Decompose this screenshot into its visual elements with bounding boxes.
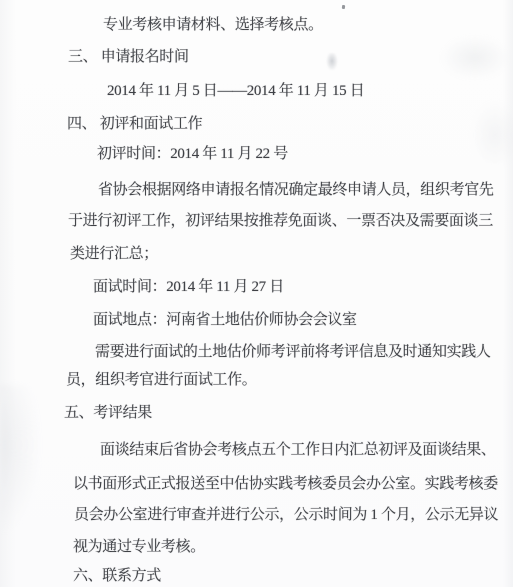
section-heading: 三、 申请报名时间 <box>68 49 189 65</box>
doc-line: 视为通过专业考核。 <box>73 539 205 555</box>
doc-line: 以书面形式正式报送至中估协实践考核委员会办公室。实践考核委 <box>73 476 498 492</box>
scan-speck <box>342 5 346 9</box>
doc-line: 员会办公室进行审查并进行公示，公示时间为 1 个月，公示无异议 <box>74 507 498 523</box>
doc-line: 员，组织考官进行面试工作。 <box>66 372 256 388</box>
scanned-document-page: 专业考核申请材料、选择考核点。 三、 申请报名时间 2014 年 11 月 5 … <box>0 0 513 587</box>
doc-line: 专业考核申请材料、选择考核点。 <box>103 17 323 33</box>
scan-smudge-blob <box>470 100 513 170</box>
doc-line: 面试时间：2014 年 11 月 27 日 <box>93 279 284 295</box>
section-heading: 六、联系方式 <box>73 568 161 584</box>
doc-line: 2014 年 11 月 5 日——2014 年 11 月 15 日 <box>107 83 364 99</box>
doc-line: 类进行汇总； <box>70 246 158 262</box>
scan-shadow-left-edge <box>0 0 16 587</box>
section-heading: 四、 初评和面试工作 <box>67 116 202 132</box>
scan-smudge-blob <box>440 35 510 80</box>
scan-smudge <box>326 53 338 71</box>
doc-line: 面试地点：河南省土地估价师协会会议室 <box>93 312 357 328</box>
doc-line: 面谈结束后省协会考核点五个工作日内汇总初评及面谈结果、 <box>100 442 496 458</box>
scan-smudge-blob <box>0 385 40 535</box>
doc-line: 于进行初评工作，初评结果按推荐免面谈、一票否决及需要面谈三 <box>68 213 493 229</box>
doc-line: 需要进行面试的土地估价师考评前将考评信息及时通知实践人 <box>95 344 491 360</box>
scan-shadow-right-edge <box>503 0 513 587</box>
section-heading: 五、考评结果 <box>64 405 152 421</box>
doc-line: 省协会根据网络申请报名情况确定最终申请人员，组织考官先 <box>98 182 494 198</box>
doc-line: 初评时间：2014 年 11 月 22 号 <box>97 146 288 162</box>
